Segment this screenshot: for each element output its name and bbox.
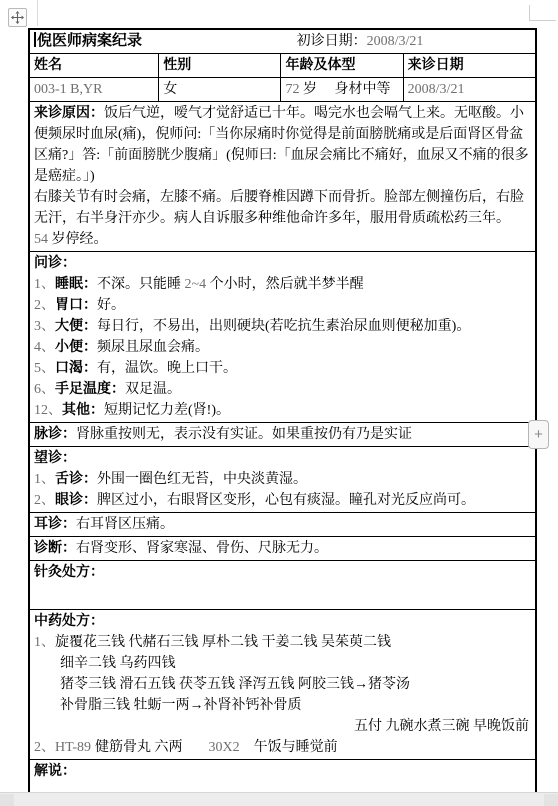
- herbal-item2-code: HT-89: [55, 740, 91, 755]
- item-text: 双足温。: [125, 382, 181, 397]
- first-visit-cell[interactable]: 初诊日期：2008/3/21: [293, 30, 535, 53]
- table-move-handle-icon[interactable]: [8, 8, 27, 27]
- col-header-age-body[interactable]: 年龄及体型: [280, 54, 402, 77]
- herbal-line-text: 旋覆花三钱 代赭石三钱 厚朴二钱 干姜二钱 吴茱萸二钱: [55, 635, 391, 650]
- dosage-note: 五付 九碗水煮三碗 早晚饭前: [34, 716, 531, 737]
- patient-age: 72: [285, 82, 299, 97]
- item-number: 1、: [34, 472, 55, 487]
- inspection-item-tongue: 1、舌诊：外围一圈色红无苔，中央淡黄湿。: [34, 469, 531, 490]
- item-text: 频尿且尿血会痛。: [97, 340, 209, 355]
- herbal-item2-quantity: 30X2: [209, 740, 240, 755]
- herbal-item2-timing: 午饭与睡觉前: [254, 740, 338, 755]
- herbal-item2-name: 健筋骨丸 六两: [95, 740, 183, 755]
- patient-gender[interactable]: 女: [158, 78, 280, 101]
- item-label: 口渴：: [55, 361, 97, 376]
- scrollbar-right-endcap[interactable]: [544, 794, 558, 806]
- reason-paragraph-2: 右膝关节有时会痛，左膝不痛。后腰脊椎因蹲下而骨折。脸部左侧撞伤后，右脸无汗，右半…: [34, 187, 531, 229]
- item-number: 4、: [34, 340, 55, 355]
- explanation-label: 解说：: [34, 761, 531, 782]
- item-text-post: 个小时，然后就半梦半醒: [206, 277, 364, 292]
- margin-guide-line: [37, 0, 38, 26]
- text-cursor: [34, 32, 36, 47]
- inquiry-item-limb-temp: 6、手足温度：双足温。: [34, 379, 531, 400]
- menopause-age: 54: [34, 232, 48, 247]
- horizontal-scrollbar[interactable]: [0, 792, 558, 806]
- reason-label: 来诊原因：: [34, 106, 104, 121]
- reason-paragraph-3: 54 岁停经。: [34, 229, 531, 250]
- diagnosis-row[interactable]: 诊断：右肾变形、肾家寒湿、骨伤、尺脉无力。: [30, 536, 535, 560]
- item-number: 1、: [34, 277, 55, 292]
- patient-body-type: 身材中等: [334, 82, 390, 97]
- inquiry-item-other: 12、其他：短期记忆力差(肾!)。: [34, 400, 531, 421]
- patient-visit-date[interactable]: 2008/3/21: [403, 78, 535, 101]
- inquiry-item-urine: 4、小便：频尿且尿血会痛。: [34, 337, 531, 358]
- item-label: 小便：: [55, 340, 97, 355]
- inquiry-item-thirst: 5、口渴：有，温饮。晚上口干。: [34, 358, 531, 379]
- inquiry-item-stool: 3、大便：每日行，不易出，出则硬块(若吃抗生素治尿血则便秘加重)。: [34, 316, 531, 337]
- diagnosis-label: 诊断：: [34, 541, 76, 556]
- item-number: 12、: [34, 403, 62, 418]
- medical-record-table: 倪医师病案纪录 初诊日期：2008/3/21 姓名 性别 年龄及体型 来诊日期 …: [28, 28, 537, 793]
- pulse-text: 肾脉重按则无，表示没有实证。如果重按仍有乃是实证: [76, 427, 412, 442]
- item-label: 其他：: [62, 403, 104, 418]
- move-arrows-icon: [11, 11, 24, 24]
- item-label: 胃口：: [55, 298, 97, 313]
- inspection-item-eye: 2、眼诊：脾区过小，右眼肾区变形，心包有痰湿。瞳孔对光反应尚可。: [34, 490, 531, 511]
- pulse-row[interactable]: 脉诊：肾脉重按则无，表示没有实证。如果重按仍有乃是实证: [30, 422, 535, 446]
- herbal-item2-line: 2、HT-89健筋骨丸 六两30X2午饭与睡觉前: [34, 737, 531, 758]
- reason-row[interactable]: 来诊原因：饭后气逆，嗳气才觉舒适已十年。喝完水也会嗝气上来。无呕酸。小便频尿时血…: [30, 101, 535, 251]
- item-label: 舌诊：: [55, 472, 97, 487]
- item-number: 1、: [34, 635, 55, 650]
- item-text: 好。: [97, 298, 125, 313]
- scrollbar-left-endcap[interactable]: [0, 794, 14, 806]
- item-number: 2、: [34, 740, 55, 755]
- insert-row-button[interactable]: +: [528, 420, 549, 449]
- item-label: 手足温度：: [55, 382, 125, 397]
- ear-label: 耳诊：: [34, 517, 76, 532]
- item-label: 大便：: [55, 319, 97, 334]
- item-number-range: 2~4: [185, 277, 207, 292]
- item-text: 短期记忆力差(肾!)。: [104, 403, 230, 418]
- ear-text: 右耳肾区压痛。: [76, 517, 174, 532]
- menopause-text: 岁停经。: [48, 232, 108, 247]
- item-text: 脾区过小，右眼肾区变形，心包有痰湿。瞳孔对光反应尚可。: [97, 493, 475, 508]
- item-label: 睡眠：: [55, 277, 97, 292]
- pulse-label: 脉诊：: [34, 427, 76, 442]
- item-text: 外围一圈色红无苔，中央淡黄湿。: [97, 472, 307, 487]
- acupuncture-row[interactable]: 针灸处方：: [30, 560, 535, 609]
- item-number: 2、: [34, 298, 55, 313]
- record-title-cell[interactable]: 倪医师病案纪录: [30, 30, 293, 53]
- item-number: 3、: [34, 319, 55, 334]
- patient-age-body[interactable]: 72 岁 身材中等: [280, 78, 402, 101]
- herbal-label: 中药处方：: [34, 611, 531, 632]
- diagnosis-text: 右肾变形、肾家寒湿、骨伤、尺脉无力。: [76, 541, 328, 556]
- patient-age-unit: 岁: [303, 82, 317, 97]
- herbal-item1-line2: 细辛二钱 乌药四钱: [34, 653, 531, 674]
- item-text: 每日行，不易出，出则硬块(若吃抗生素治尿血则便秘加重)。: [97, 319, 470, 334]
- col-header-gender[interactable]: 性别: [158, 54, 280, 77]
- inquiry-item-sleep: 1、睡眠：不深。只能睡 2~4 个小时，然后就半梦半醒: [34, 274, 531, 295]
- inquiry-label: 问诊：: [34, 253, 531, 274]
- first-visit-label: 初诊日期：: [297, 34, 367, 49]
- plus-icon: +: [534, 424, 543, 445]
- item-text: 有，温饮。晚上口干。: [97, 361, 237, 376]
- ear-row[interactable]: 耳诊：右耳肾区压痛。: [30, 512, 535, 536]
- inspection-label: 望诊：: [34, 448, 531, 469]
- herbal-item1-line1: 1、旋覆花三钱 代赭石三钱 厚朴二钱 干姜二钱 吴茱萸二钱: [34, 632, 531, 653]
- first-visit-date: 2008/3/21: [367, 34, 424, 49]
- item-number: 5、: [34, 361, 55, 376]
- patient-id[interactable]: 003-1 B,YR: [30, 78, 158, 101]
- margin-corner-mark: [529, 5, 556, 21]
- item-text: 不深。只能睡: [97, 277, 185, 292]
- record-title: 倪医师病案纪录: [37, 33, 142, 49]
- col-header-visit-date[interactable]: 来诊日期: [403, 54, 535, 77]
- explanation-row[interactable]: 解说：: [30, 759, 535, 793]
- item-number: 6、: [34, 382, 55, 397]
- item-label: 眼诊：: [55, 493, 97, 508]
- inquiry-item-appetite: 2、胃口：好。: [34, 295, 531, 316]
- herbal-item1-line4: 补骨脂三钱 牡蛎一两→补肾补钙补骨质: [34, 695, 531, 716]
- acupuncture-label: 针灸处方：: [34, 562, 531, 583]
- inspection-row[interactable]: 望诊： 1、舌诊：外围一圈色红无苔，中央淡黄湿。 2、眼诊：脾区过小，右眼肾区变…: [30, 446, 535, 512]
- inquiry-row[interactable]: 问诊： 1、睡眠：不深。只能睡 2~4 个小时，然后就半梦半醒 2、胃口：好。 …: [30, 251, 535, 422]
- herbal-row[interactable]: 中药处方： 1、旋覆花三钱 代赭石三钱 厚朴二钱 干姜二钱 吴茱萸二钱 细辛二钱…: [30, 609, 535, 759]
- patient-values-row[interactable]: 003-1 B,YR 女 72 岁 身材中等 2008/3/21: [30, 77, 535, 101]
- column-header-row[interactable]: 姓名 性别 年龄及体型 来诊日期: [30, 53, 535, 77]
- reason-text-1: 饭后气逆，嗳气才觉舒适已十年。喝完水也会嗝气上来。无呕酸。小便频尿时血尿(痛)，…: [34, 106, 529, 184]
- col-header-name[interactable]: 姓名: [30, 54, 158, 77]
- title-row[interactable]: 倪医师病案纪录 初诊日期：2008/3/21: [30, 30, 535, 53]
- item-number: 2、: [34, 493, 55, 508]
- reason-paragraph-1: 来诊原因：饭后气逆，嗳气才觉舒适已十年。喝完水也会嗝气上来。无呕酸。小便频尿时血…: [34, 103, 531, 187]
- herbal-item1-line3: 猪苓三钱 滑石五钱 茯苓五钱 泽泻五钱 阿胶三钱→猪苓汤: [34, 674, 531, 695]
